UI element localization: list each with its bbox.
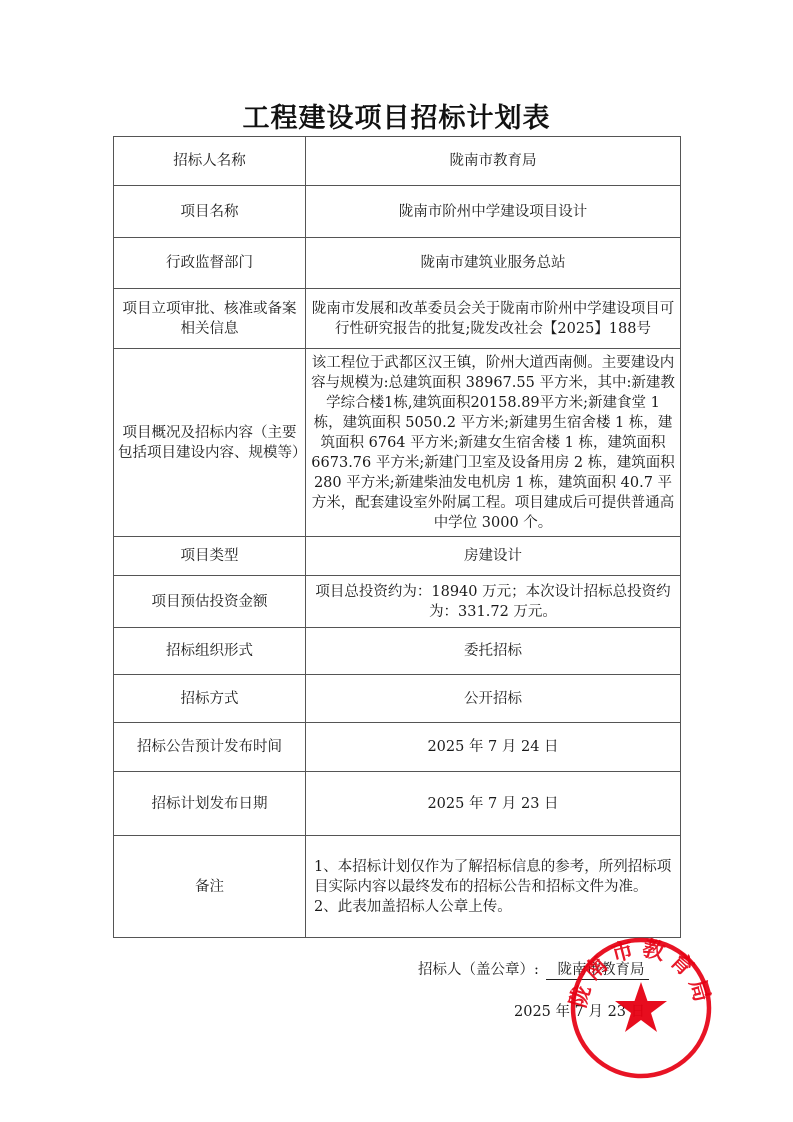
row-label-project-type: 项目类型	[114, 537, 306, 576]
row-value-organization-form: 委托招标	[306, 628, 681, 675]
row-value-project-overview: 该工程位于武都区汉王镇，阶州大道西南侧。主要建设内容与规模为:总建筑面积 389…	[306, 349, 681, 537]
row-label-plan-date: 招标计划发布日期	[114, 772, 306, 836]
row-value-supervisor: 陇南市建筑业服务总站	[306, 238, 681, 289]
row-value-bidding-method: 公开招标	[306, 675, 681, 723]
row-label-organization-form: 招标组织形式	[114, 628, 306, 675]
row-value-project-type: 房建设计	[306, 537, 681, 576]
table-row: 项目立项审批、核准或备案相关信息 陇南市发展和改革委员会关于陇南市阶州中学建设项…	[114, 289, 681, 349]
row-value-remarks: 1、本招标计划仅作为了解招标信息的参考，所列招标项目实际内容以最终发布的招标公告…	[306, 836, 681, 938]
row-label-project-overview: 项目概况及招标内容（主要包括项目建设内容、规模等）	[114, 349, 306, 537]
row-label-remarks: 备注	[114, 836, 306, 938]
table-row: 项目概况及招标内容（主要包括项目建设内容、规模等） 该工程位于武都区汉王镇，阶州…	[114, 349, 681, 537]
table-row: 招标计划发布日期 2025 年 7 月 23 日	[114, 772, 681, 836]
row-value-announcement-time: 2025 年 7 月 24 日	[306, 723, 681, 772]
row-value-project-name: 陇南市阶州中学建设项目设计	[306, 186, 681, 238]
signature-label: 招标人（盖公章）:	[418, 962, 539, 978]
row-value-investment: 项目总投资约为：18940 万元；本次设计招标总投资约为：331.72 万元。	[306, 576, 681, 628]
row-label-tenderer: 招标人名称	[114, 137, 306, 186]
document-title: 工程建设项目招标计划表	[0, 96, 793, 135]
row-value-plan-date: 2025 年 7 月 23 日	[306, 772, 681, 836]
remark-note-1: 1、本招标计划仅作为了解招标信息的参考，所列招标项目实际内容以最终发布的招标公告…	[314, 857, 674, 897]
table-row: 招标人名称 陇南市教育局	[114, 137, 681, 186]
star-icon	[615, 982, 667, 1032]
table-row: 招标方式 公开招标	[114, 675, 681, 723]
table-row: 招标公告预计发布时间 2025 年 7 月 24 日	[114, 723, 681, 772]
row-value-tenderer: 陇南市教育局	[306, 137, 681, 186]
row-label-bidding-method: 招标方式	[114, 675, 306, 723]
row-label-supervisor: 行政监督部门	[114, 238, 306, 289]
table-row: 备注 1、本招标计划仅作为了解招标信息的参考，所列招标项目实际内容以最终发布的招…	[114, 836, 681, 938]
row-label-approval-info: 项目立项审批、核准或备案相关信息	[114, 289, 306, 349]
row-label-announcement-time: 招标公告预计发布时间	[114, 723, 306, 772]
official-seal-stamp: 陇南市教育局	[566, 934, 716, 1082]
table-row: 行政监督部门 陇南市建筑业服务总站	[114, 238, 681, 289]
table-row: 项目名称 陇南市阶州中学建设项目设计	[114, 186, 681, 238]
table-row: 项目类型 房建设计	[114, 537, 681, 576]
row-value-approval-info: 陇南市发展和改革委员会关于陇南市阶州中学建设项目可行性研究报告的批复;陇发改社会…	[306, 289, 681, 349]
row-label-investment: 项目预估投资金额	[114, 576, 306, 628]
table-row: 项目预估投资金额 项目总投资约为：18940 万元；本次设计招标总投资约为：33…	[114, 576, 681, 628]
row-label-project-name: 项目名称	[114, 186, 306, 238]
table-row: 招标组织形式 委托招标	[114, 628, 681, 675]
bidding-plan-table: 招标人名称 陇南市教育局 项目名称 陇南市阶州中学建设项目设计 行政监督部门 陇…	[113, 136, 681, 938]
remark-note-2: 2、此表加盖招标人公章上传。	[314, 897, 674, 917]
